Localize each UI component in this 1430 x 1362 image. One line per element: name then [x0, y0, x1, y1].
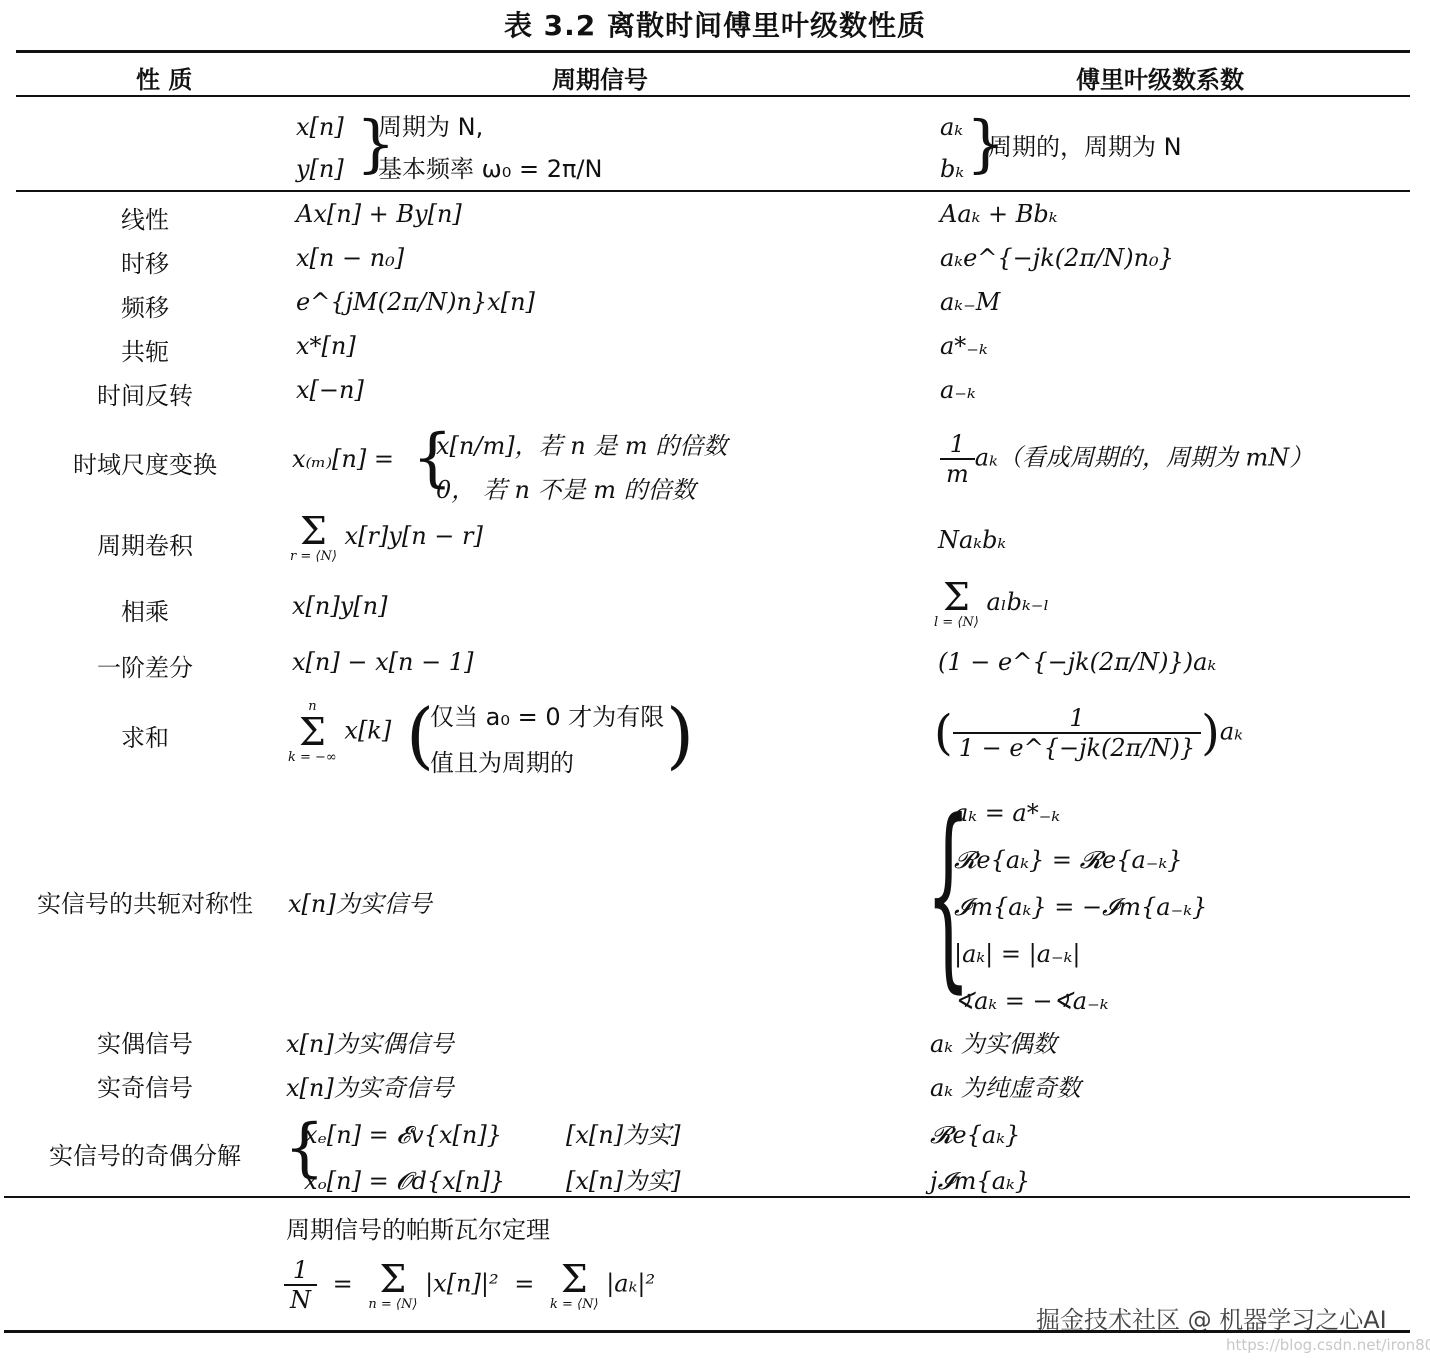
coef-running-sum: (11 − e^{−jk(2π/N)})aₖ — [934, 704, 1243, 762]
property-first-difference: 一阶差分 — [0, 648, 290, 683]
intro-coef-b: bₖ — [940, 148, 964, 190]
coef-conjugation: a*₋ₖ — [940, 332, 988, 360]
header-property: 性 质 — [136, 60, 192, 95]
intro-signal-y: y[n] — [296, 148, 344, 190]
sigma-icon: Σl = ⟨N⟩ — [934, 578, 979, 629]
intro-rule — [16, 190, 1410, 192]
coef-time-shift: aₖe^{−jk(2π/N)n₀} — [940, 244, 1174, 272]
property-real-conjugate-symmetry: 实信号的共轭对称性 — [0, 884, 290, 919]
coef-periodic-convolution: Naₖbₖ — [938, 526, 1006, 554]
signal-even-odd-decomposition: xₑ[n] = 𝓔v{x[n]} xₒ[n] = 𝓞d{x[n]} — [304, 1112, 505, 1204]
coef-multiplication: Σl = ⟨N⟩ aₗbₖ₋ₗ — [934, 578, 1049, 629]
intro-signal-x: x[n] — [296, 106, 344, 148]
coef-time-scaling: 1maₖ（看成周期的，周期为 mN） — [940, 430, 1313, 488]
coef-real-conjugate-symmetry: aₖ = a*₋ₖ 𝓡e{aₖ} = 𝓡e{a₋ₖ} 𝓘m{aₖ} = −𝓘m{… — [954, 790, 1207, 1025]
header-coefficients: 傅里叶级数系数 — [1076, 60, 1244, 95]
signal-time-reversal: x[−n] — [296, 376, 364, 404]
parseval-rule — [4, 1196, 1410, 1198]
signal-conjugation: x*[n] — [296, 332, 356, 360]
bottom-rule — [4, 1330, 1410, 1333]
property-conjugation: 共轭 — [0, 332, 290, 367]
coef-even-odd-decomposition: 𝓡e{aₖ} j𝓘m{aₖ} — [930, 1112, 1030, 1204]
property-even-odd-decomposition: 实信号的奇偶分解 — [0, 1136, 290, 1171]
property-time-shift: 时移 — [0, 244, 290, 279]
coef-linearity: Aaₖ + Bbₖ — [940, 200, 1058, 228]
coef-real-even: aₖ 为实偶数 — [930, 1024, 1057, 1059]
intro-coefs: aₖ bₖ — [940, 106, 964, 190]
header-signal: 周期信号 — [552, 60, 648, 95]
signal-even-odd-notes: [x[n]为实] [x[n]为实] — [566, 1112, 680, 1204]
coef-real-odd: aₖ 为纯虚奇数 — [930, 1068, 1081, 1103]
signal-first-difference: x[n] − x[n − 1] — [292, 648, 473, 676]
coef-time-reversal: a₋ₖ — [940, 376, 976, 404]
sigma-icon: Σk = ⟨N⟩ — [550, 1260, 599, 1311]
property-periodic-convolution: 周期卷积 — [0, 526, 290, 561]
property-real-odd: 实奇信号 — [0, 1068, 290, 1103]
parseval-equation: 1N = Σn = ⟨N⟩ |x[n]|² = Σk = ⟨N⟩ |aₖ|² — [284, 1256, 655, 1314]
right-paren-icon: ) — [666, 690, 694, 780]
table-title: 表 3.2 离散时间傅里叶级数性质 — [0, 4, 1430, 44]
header-rule — [16, 95, 1410, 97]
property-multiplication: 相乘 — [0, 592, 290, 627]
signal-freq-shift: e^{jM(2π/N)n}x[n] — [296, 288, 535, 316]
signal-time-scaling-lhs: x₍ₘ₎[n] = — [292, 445, 394, 473]
sigma-icon: Σr = ⟨N⟩ — [290, 512, 337, 563]
signal-real-even: x[n]为实偶信号 — [286, 1024, 454, 1059]
property-time-scaling: 时域尺度变换 — [0, 445, 290, 480]
property-real-even: 实偶信号 — [0, 1024, 290, 1059]
coef-freq-shift: aₖ₋M — [940, 288, 1000, 316]
signal-running-sum-note: 仅当 a₀ = 0 才为有限 值且为周期的 — [430, 694, 664, 786]
signal-running-sum: nΣk = −∞ x[k] — [288, 700, 391, 764]
signal-periodic-convolution: Σr = ⟨N⟩ x[r]y[n − r] — [290, 512, 483, 563]
source-url: https://blog.csdn.net/iron802 — [1226, 1336, 1430, 1354]
parseval-title: 周期信号的帕斯瓦尔定理 — [286, 1210, 550, 1245]
sigma-icon: Σn = ⟨N⟩ — [368, 1260, 417, 1311]
signal-time-scaling-cases: x[n/m]，若 n 是 m 的倍数 0， 若 n 不是 m 的倍数 — [436, 424, 727, 512]
intro-signals: x[n] y[n] — [296, 106, 344, 190]
property-linearity: 线性 — [0, 200, 290, 235]
intro-coef-desc: 周期的，周期为 N — [988, 127, 1182, 162]
signal-real-odd: x[n]为实奇信号 — [286, 1068, 454, 1103]
signal-time-shift: x[n − n₀] — [296, 244, 404, 272]
intro-signal-desc: 周期为 N, 基本频率 ω₀ = 2π/N — [378, 106, 602, 190]
property-running-sum: 求和 — [0, 718, 290, 753]
signal-multiplication: x[n]y[n] — [292, 592, 387, 620]
property-freq-shift: 频移 — [0, 288, 290, 323]
top-rule — [16, 50, 1410, 53]
signal-linearity: Ax[n] + By[n] — [296, 200, 462, 228]
coef-first-difference: (1 − e^{−jk(2π/N)})aₖ — [938, 648, 1216, 676]
property-time-reversal: 时间反转 — [0, 376, 290, 411]
intro-coef-a: aₖ — [940, 106, 964, 148]
sigma-icon: nΣk = −∞ — [288, 700, 337, 764]
signal-real-conjugate-symmetry: x[n]为实信号 — [288, 884, 432, 919]
